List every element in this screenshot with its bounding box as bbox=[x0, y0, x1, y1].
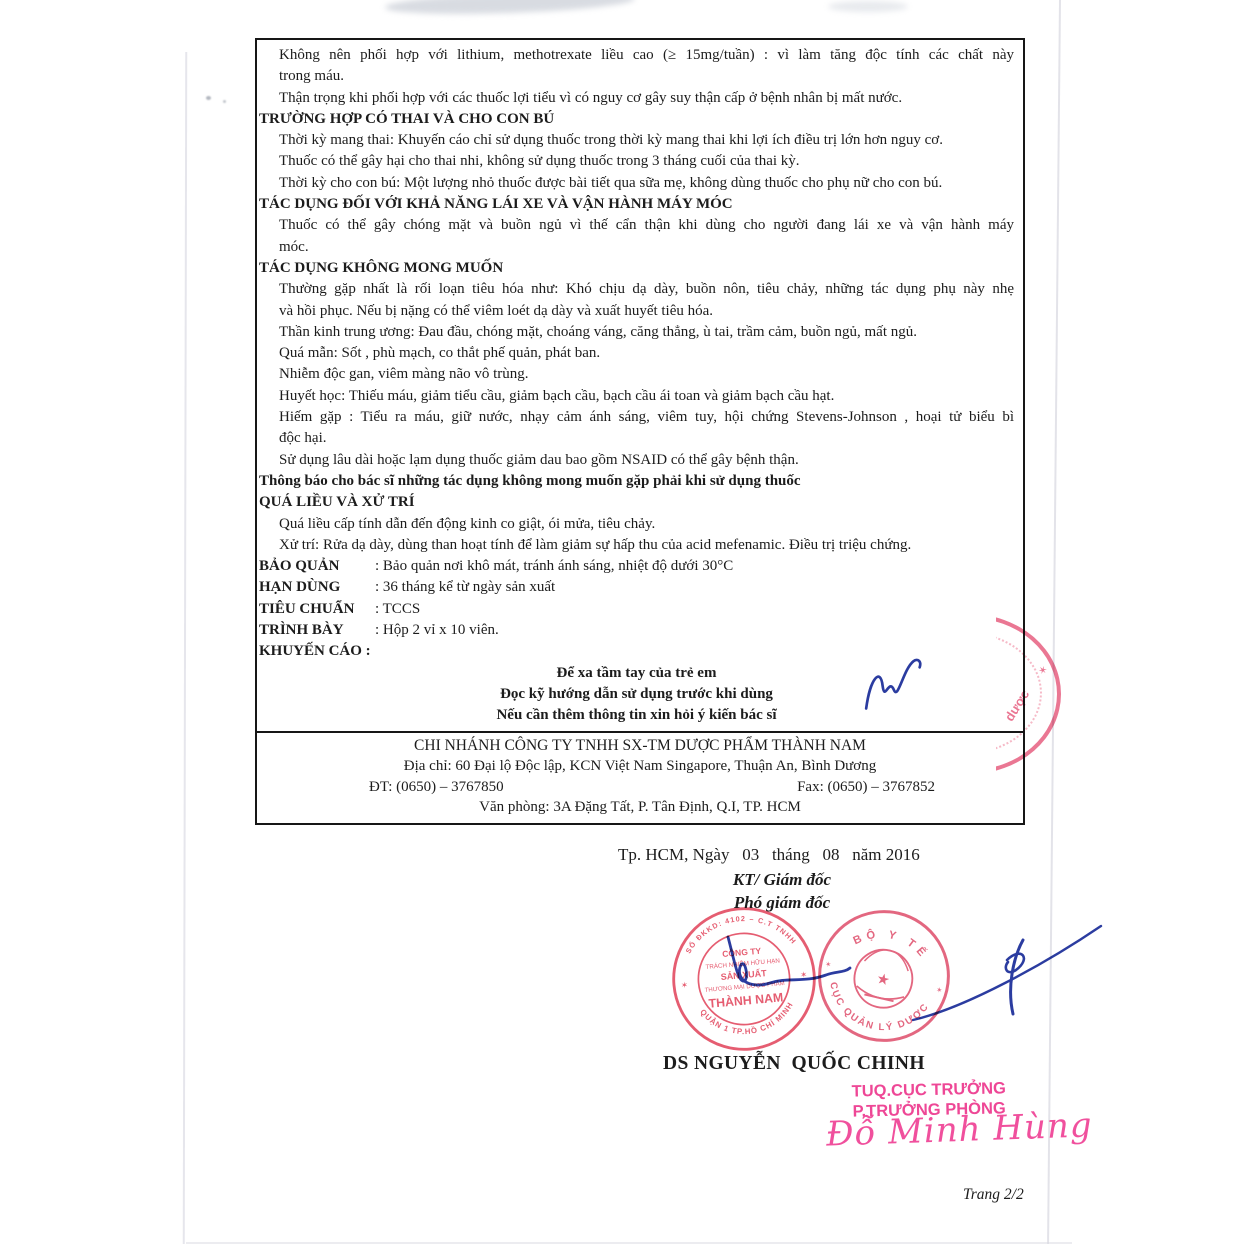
star-icon: ✶ bbox=[680, 980, 688, 991]
initials-signature-mark bbox=[860, 655, 932, 727]
leaflet-line: Thuốc có thể gây chóng mặt và buồn ngủ v… bbox=[279, 215, 1014, 236]
leaflet-line: Quá liều cấp tính dẫn đến động kinh co g… bbox=[279, 514, 1014, 535]
deputy-director-signature bbox=[700, 925, 860, 1015]
leaflet-line: Sử dụng lâu dài hoặc lạm dụng thuốc giảm… bbox=[279, 450, 1014, 471]
company-info-section: CHI NHÁNH CÔNG TY TNHH SX-TM DƯỢC PHẨM T… bbox=[257, 731, 1023, 823]
leaflet-line: Nhiễm độc gan, viêm màng não vô trùng. bbox=[279, 364, 1014, 385]
emblem-star-icon: ★ bbox=[875, 970, 892, 990]
signatory-title-kt: KT/ Giám đốc bbox=[692, 868, 872, 891]
approver-signature-strokes bbox=[895, 918, 1110, 1033]
shelf-life-label: HẠN DÙNG bbox=[259, 577, 375, 598]
date-line: Tp. HCM, Ngày 03 tháng 08 năm 2016 bbox=[618, 845, 920, 865]
storage-value: : Bảo quản nơi khô mát, tránh ánh sáng, … bbox=[375, 558, 733, 574]
scan-speck bbox=[223, 100, 226, 103]
company-phone-fax-row: ĐT: (0650) – 3767850 Fax: (0650) – 37678… bbox=[257, 777, 1023, 798]
leaflet-line: độc hại. bbox=[279, 428, 1014, 449]
approver-handwritten-name: Đỗ Minh Hùng bbox=[825, 1105, 1093, 1154]
storage-label: BẢO QUẢN bbox=[259, 556, 375, 577]
shelf-life-row: HẠN DÙNG: 36 tháng kể từ ngày sản xuất bbox=[259, 577, 1014, 598]
standard-label: TIÊU CHUẨN bbox=[259, 599, 375, 620]
section-heading-pregnancy: TRƯỜNG HỢP CÓ THAI VÀ CHO CON BÚ bbox=[259, 109, 1014, 130]
company-fax: Fax: (0650) – 3767852 bbox=[797, 777, 935, 798]
scan-smudge bbox=[828, 1, 908, 12]
leaflet-line: móc. bbox=[279, 237, 1014, 258]
leaflet-line: Thời kỳ cho con bú: Một lượng nhỏ thuốc … bbox=[279, 173, 1014, 194]
scan-smudge bbox=[385, 0, 636, 17]
standard-value: : TCCS bbox=[375, 601, 420, 617]
leaflet-line: Thuốc có thể gây hại cho thai nhi, không… bbox=[279, 151, 1014, 172]
signer-name: DS NGUYỄN QUỐC CHINH bbox=[663, 1053, 925, 1075]
leaflet-line: Quá mẫn: Sốt , phù mạch, co thắt phế quả… bbox=[279, 343, 1014, 364]
section-heading-side-effects: TÁC DỤNG KHÔNG MONG MUỐN bbox=[259, 258, 1014, 279]
leaflet-line: Thường gặp nhất là rối loạn tiêu hóa như… bbox=[279, 279, 1014, 300]
leaflet-line: Thời kỳ mang thai: Khuyến cáo chỉ sử dụn… bbox=[279, 130, 1014, 151]
standard-row: TIÊU CHUẨN: TCCS bbox=[259, 599, 1014, 620]
company-office: Văn phòng: 3A Đặng Tất, P. Tân Định, Q.I… bbox=[257, 797, 1023, 818]
leaflet-line: Không nên phối hợp với lithium, methotre… bbox=[279, 45, 1014, 66]
company-name: CHI NHÁNH CÔNG TY TNHH SX-TM DƯỢC PHẨM T… bbox=[257, 736, 1023, 757]
scan-speck bbox=[206, 96, 211, 100]
storage-row: BẢO QUẢN: Bảo quản nơi khô mát, tránh án… bbox=[259, 556, 1014, 577]
page-edge-bottom bbox=[186, 1242, 1072, 1244]
shelf-life-value: : 36 tháng kể từ ngày sản xuất bbox=[375, 579, 555, 595]
partial-registration-stamp: dược ✶ bbox=[996, 612, 1062, 774]
leaflet-line: Xử trí: Rửa dạ dày, dùng than hoạt tính … bbox=[279, 535, 1014, 556]
page-edge-left bbox=[183, 52, 187, 1244]
section-heading-overdose: QUÁ LIỀU VÀ XỬ TRÍ bbox=[259, 492, 1014, 513]
leaflet-line: Hiếm gặp : Tiểu ra máu, giữ nước, nhạy c… bbox=[279, 407, 1014, 428]
presentation-label: TRÌNH BÀY bbox=[259, 620, 375, 641]
presentation-value: : Hộp 2 vỉ x 10 viên. bbox=[375, 622, 499, 638]
presentation-row: TRÌNH BÀY: Hộp 2 vỉ x 10 viên. bbox=[259, 620, 1014, 641]
company-address: Địa chỉ: 60 Đại lộ Độc lập, KCN Việt Nam… bbox=[257, 756, 1023, 777]
leaflet-line: Thần kinh trung ương: Đau đầu, chóng mặt… bbox=[279, 322, 1014, 343]
leaflet-line: trong máu. bbox=[279, 66, 1014, 87]
scanned-document-page: Không nên phối hợp với lithium, methotre… bbox=[0, 0, 1250, 1250]
leaflet-line: Huyết học: Thiếu máu, giảm tiểu cầu, giả… bbox=[279, 386, 1014, 407]
leaflet-line: và hồi phục. Nếu bị nặng có thể viêm loé… bbox=[279, 301, 1014, 322]
company-phone: ĐT: (0650) – 3767850 bbox=[369, 777, 504, 798]
page-number: Trang 2/2 bbox=[963, 1186, 1024, 1204]
notice-to-doctor-line: Thông báo cho bác sĩ những tác dụng khôn… bbox=[259, 471, 1014, 492]
section-heading-driving: TÁC DỤNG ĐỐI VỚI KHẢ NĂNG LÁI XE VÀ VẬN … bbox=[259, 194, 1014, 215]
leaflet-line: Thận trọng khi phối hợp với các thuốc lợ… bbox=[279, 88, 1014, 109]
